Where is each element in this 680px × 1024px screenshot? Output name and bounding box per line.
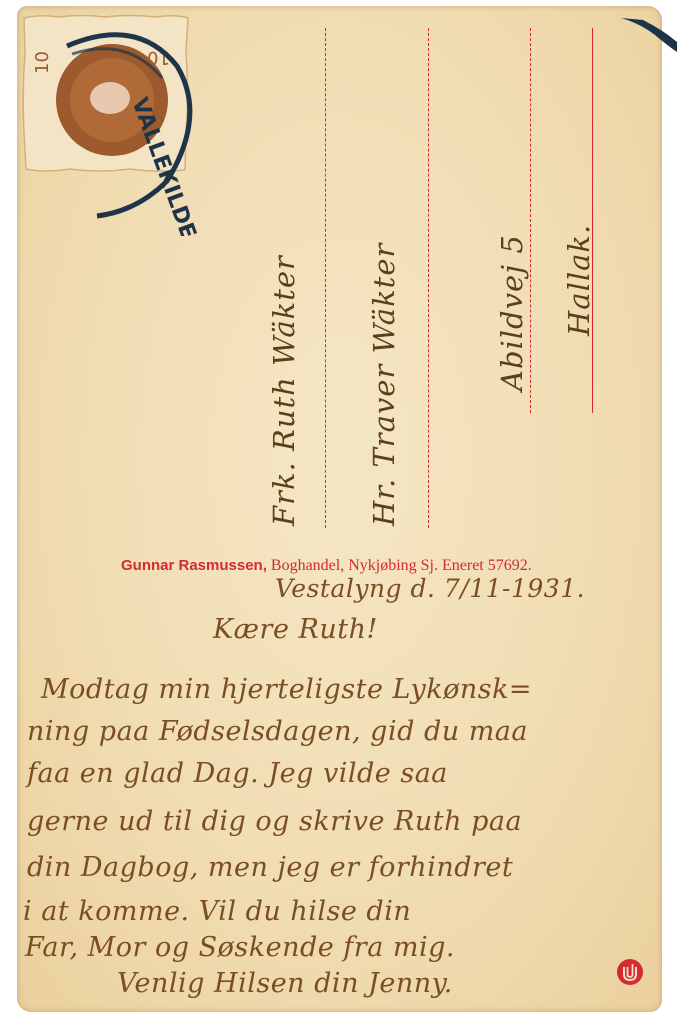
message-line: din Dagbog, men jeg er forhindret [27,852,513,883]
address-rule-3 [530,28,531,413]
address-rule-1 [325,28,326,528]
printer-details: Boghandel, Nykjøbing Sj. Eneret 57692. [271,557,532,574]
printer-imprint: Gunnar Rasmussen, Boghandel, Nykjøbing S… [121,557,532,575]
address-line-recipient: Frk. Ruth Wäkter [267,255,301,526]
address-line-street: Abildvej 5 [495,234,529,391]
address-line-attention: Hr. Traver Wäkter [367,243,401,526]
publisher-logo-icon [616,958,644,986]
printer-name: Gunnar Rasmussen, [121,557,267,574]
message-line: ning paa Fødselsdagen, gid du maa [27,716,528,747]
greeting: Kære Ruth! [213,614,378,645]
ink-smudge [613,12,679,56]
postmark: VALLEKILDE [17,6,257,236]
postcard: 10 10 VALLEKILDE Frk. Ruth Wäkter Hr. Tr… [17,6,662,1012]
message-line: Far, Mor og Søskende fra mig. [25,932,455,963]
message-line: gerne ud til dig og skrive Ruth paa [27,806,522,837]
address-rule-4 [592,28,593,413]
message-line: faa en glad Dag. Jeg vilde saa [27,758,448,789]
address-line-city: Hallak. [562,224,596,336]
closing: Venlig Hilsen din Jenny. [117,968,453,999]
address-rule-2 [428,28,429,528]
message-line: i at komme. Vil du hilse din [23,896,411,927]
place-date: Vestalyng d. 7/11-1931. [275,574,585,603]
message-line: Modtag min hjerteligste Lykønsk= [41,674,532,705]
